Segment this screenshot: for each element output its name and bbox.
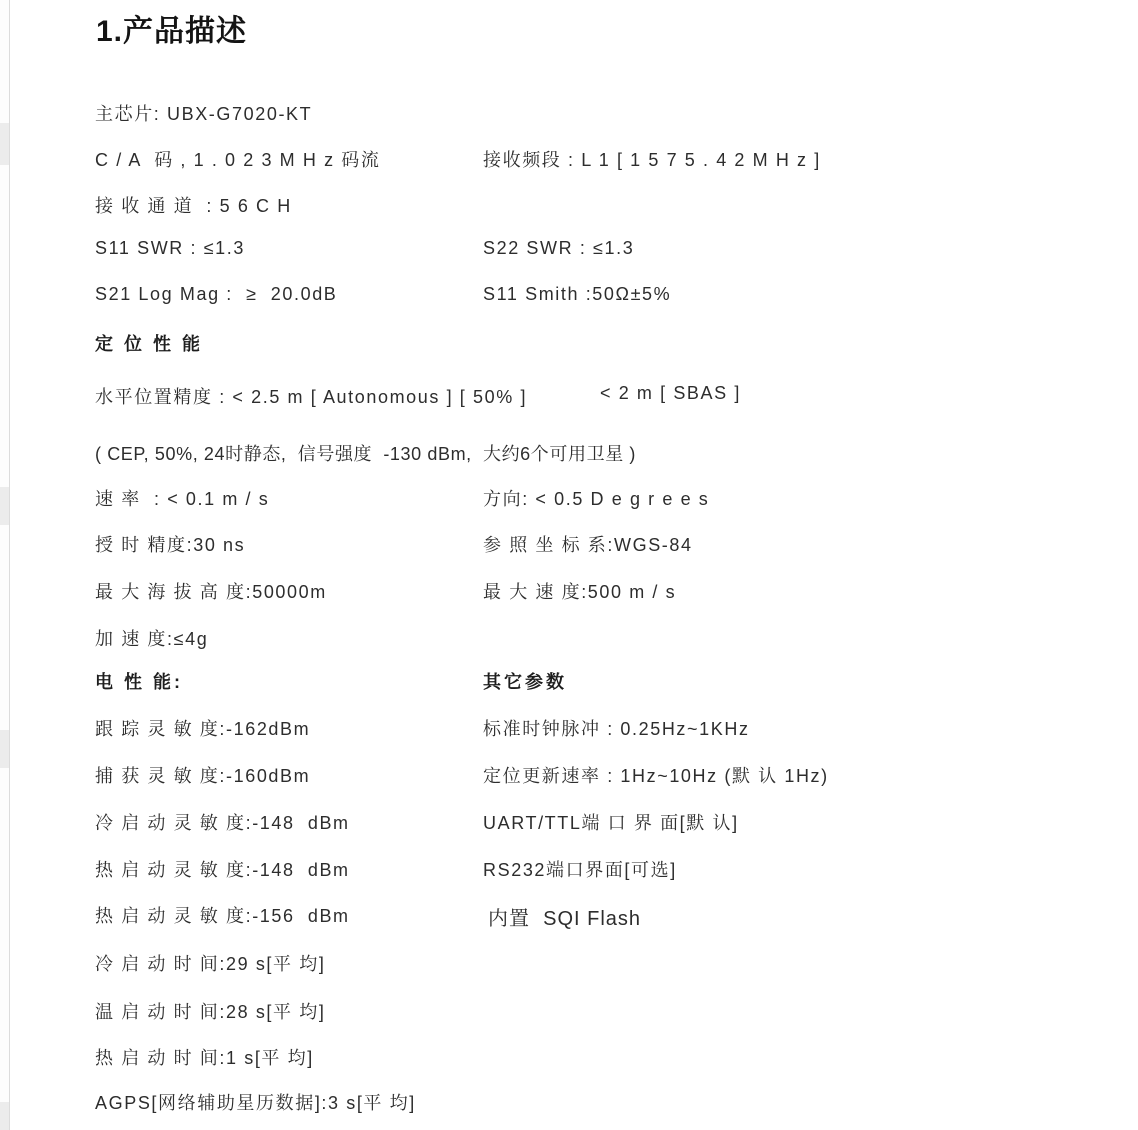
spec-row-main-chip: 主芯片: UBX-G7020-KT: [95, 100, 1095, 126]
spec-row-timing-datum: 授 时 精度:30 ns 参 照 坐 标 系:WGS-84: [95, 531, 1095, 557]
spec-value: 热 启 动 时 间:1 s[平 均]: [95, 1044, 314, 1070]
spec-value: < 2 m [ SBAS ]: [600, 383, 741, 404]
spec-value: 标准时钟脉冲 : 0.25Hz~1KHz: [483, 715, 750, 741]
spec-row-warmstart-time: 温 启 动 时 间:28 s[平 均]: [95, 998, 1095, 1024]
spec-value: 接 收 通 道 : 5 6 C H: [95, 192, 292, 218]
spec-value: 方向: < 0.5 D e g r e e s: [483, 485, 709, 511]
spec-value: UART/TTL端 口 界 面[默 认]: [483, 809, 739, 835]
section-heading-electrical-other: 电 性 能: 其它参数: [95, 668, 1095, 694]
spec-value: 内置 SQI Flash: [488, 902, 641, 931]
spec-value: S11 SWR : ≤1.3: [95, 238, 245, 259]
spec-row-ca-code: C / A 码 , 1 . 0 2 3 M H z 码流 接收频段 : L 1 …: [95, 146, 1095, 172]
spec-value: S11 Smith :50Ω±5%: [483, 284, 671, 305]
spec-value: 冷 启 动 时 间:29 s[平 均]: [95, 950, 325, 976]
spec-value: AGPS[网络辅助星历数据]:3 s[平 均]: [95, 1089, 416, 1115]
spec-value: 冷 启 动 灵 敏 度:-148 dBm: [95, 809, 350, 835]
spec-value: 授 时 精度:30 ns: [95, 531, 245, 557]
spec-value: 接收频段 : L 1 [ 1 5 7 5 . 4 2 M H z ]: [483, 146, 821, 172]
section-heading-positioning: 定 位 性 能: [95, 330, 1095, 356]
document-page: 1.产品描述 主芯片: UBX-G7020-KT C / A 码 , 1 . 0…: [0, 0, 1138, 1130]
spec-row-channels: 接 收 通 道 : 5 6 C H: [95, 192, 1095, 218]
spec-row-swr: S11 SWR : ≤1.3 S22 SWR : ≤1.3: [95, 238, 1095, 264]
spec-row-coldstart-sensitivity: 冷 启 动 灵 敏 度:-148 dBm UART/TTL端 口 界 面[默 认…: [95, 809, 1095, 835]
spec-value: 主芯片: UBX-G7020-KT: [95, 100, 312, 126]
section-heading-label: 其它参数: [483, 668, 567, 694]
spec-row-altitude-speed: 最 大 海 拔 高 度:50000m 最 大 速 度:500 m / s: [95, 578, 1095, 604]
spec-value: 参 照 坐 标 系:WGS-84: [483, 531, 693, 557]
spec-value: 定位更新速率 : 1Hz~10Hz (默 认 1Hz): [483, 762, 829, 788]
section-heading-label: 电 性 能:: [95, 668, 183, 694]
spec-value: 温 启 动 时 间:28 s[平 均]: [95, 998, 325, 1024]
spec-row-hotstart-time: 热 启 动 时 间:1 s[平 均]: [95, 1044, 1095, 1070]
spec-row-hotstart-sensitivity-148: 热 启 动 灵 敏 度:-148 dBm RS232端口界面[可选]: [95, 856, 1095, 882]
spec-row-acceleration: 加 速 度:≤4g: [95, 625, 1095, 651]
spec-value: 捕 获 灵 敏 度:-160dBm: [95, 762, 310, 788]
spec-row-coldstart-time: 冷 启 动 时 间:29 s[平 均]: [95, 950, 1095, 976]
spec-note: ( CEP, 50%, 24时静态, 信号强度 -130 dBm, 大约6个可用…: [95, 440, 636, 466]
section-heading-label: 定 位 性 能: [95, 330, 203, 356]
spec-value: 加 速 度:≤4g: [95, 625, 208, 651]
spec-value: S22 SWR : ≤1.3: [483, 238, 634, 259]
page-title: 1.产品描述: [96, 6, 247, 50]
spec-value: 水平位置精度 : < 2.5 m [ Autonomous ] [ 50% ]: [95, 383, 527, 409]
spec-value: 热 启 动 灵 敏 度:-156 dBm: [95, 902, 350, 928]
spec-value: 最 大 海 拔 高 度:50000m: [95, 578, 327, 604]
spec-row-velocity-heading: 速 率 : < 0.1 m / s 方向: < 0.5 D e g r e e …: [95, 485, 1095, 511]
spec-value: 跟 踪 灵 敏 度:-162dBm: [95, 715, 310, 741]
spec-row-logmag-smith: S21 Log Mag : ≥ 20.0dB S11 Smith :50Ω±5%: [95, 284, 1095, 310]
spec-row-cep-note: ( CEP, 50%, 24时静态, 信号强度 -130 dBm, 大约6个可用…: [95, 440, 1095, 466]
spec-row-tracking-sensitivity: 跟 踪 灵 敏 度:-162dBm 标准时钟脉冲 : 0.25Hz~1KHz: [95, 715, 1095, 741]
spec-sheet: 1.产品描述 主芯片: UBX-G7020-KT C / A 码 , 1 . 0…: [0, 0, 1138, 1130]
spec-value: S21 Log Mag : ≥ 20.0dB: [95, 284, 337, 305]
spec-row-acquisition-sensitivity: 捕 获 灵 敏 度:-160dBm 定位更新速率 : 1Hz~10Hz (默 认…: [95, 762, 1095, 788]
spec-row-horizontal-accuracy: 水平位置精度 : < 2.5 m [ Autonomous ] [ 50% ] …: [95, 383, 1095, 409]
spec-row-agps: AGPS[网络辅助星历数据]:3 s[平 均]: [95, 1089, 1095, 1115]
spec-value: 速 率 : < 0.1 m / s: [95, 485, 269, 511]
spec-value: 热 启 动 灵 敏 度:-148 dBm: [95, 856, 350, 882]
spec-value: 最 大 速 度:500 m / s: [483, 578, 676, 604]
spec-value: RS232端口界面[可选]: [483, 856, 677, 882]
spec-row-hotstart-sensitivity-156: 热 启 动 灵 敏 度:-156 dBm 内置 SQI Flash: [95, 902, 1095, 928]
spec-value: C / A 码 , 1 . 0 2 3 M H z 码流: [95, 146, 380, 172]
